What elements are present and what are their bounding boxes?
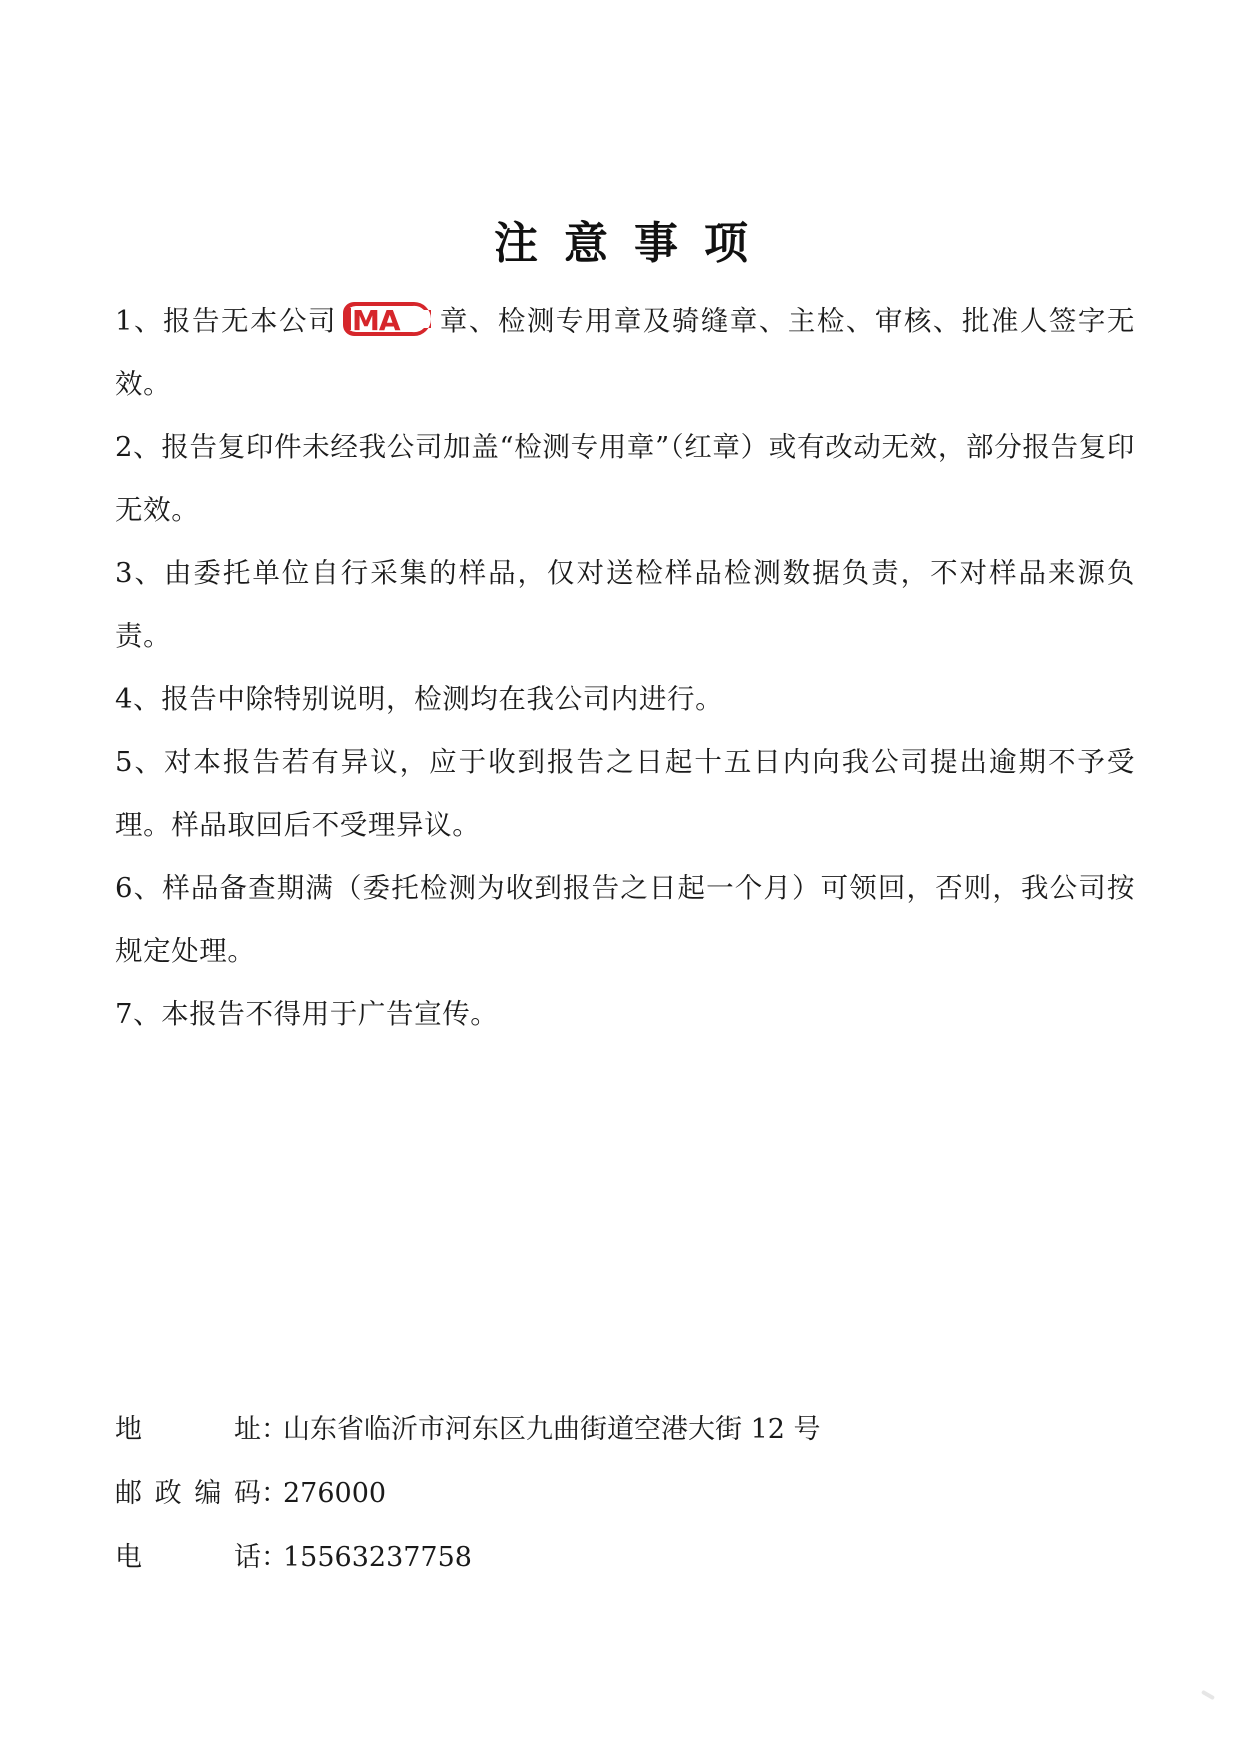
phone-colon: ： (261, 1526, 283, 1590)
address-row: 地址：山东省临沂市河东区九曲街道空港大街 12 号 (115, 1398, 1015, 1462)
note-text: 报告中除特别说明，检测均在我公司内进行。 (161, 683, 723, 715)
postcode-value: 276000 (283, 1462, 386, 1526)
phone-row: 电话：15563237758 (115, 1526, 1015, 1590)
note-text: 对本报告若有异议，应于收到报告之日起十五日内向我公司提出逾期不予受理。样品取回后… (115, 746, 1135, 841)
note-number: 7、 (115, 998, 161, 1030)
note-item-4: 4、报告中除特别说明，检测均在我公司内进行。 (115, 668, 1135, 731)
note-item-1: 1、报告无本公司 MA 章、检测专用章及骑缝章、主检、审核、批准人签字无效。 (115, 290, 1135, 416)
note-number: 4、 (115, 683, 161, 715)
cma-logo-icon: MA (340, 299, 436, 339)
phone-value: 15563237758 (283, 1526, 472, 1590)
contact-info: 地址：山东省临沂市河东区九曲街道空港大街 12 号 邮政编码：276000 电话… (115, 1398, 1015, 1590)
svg-text:MA: MA (352, 304, 401, 337)
note-text: 报告无本公司 (163, 305, 337, 337)
address-colon: ： (261, 1398, 283, 1462)
note-number: 5、 (115, 746, 164, 778)
phone-label: 电话 (115, 1526, 261, 1590)
address-value: 山东省临沂市河东区九曲街道空港大街 12 号 (283, 1398, 821, 1462)
postcode-label: 邮政编码 (115, 1462, 261, 1526)
postcode-colon: ： (261, 1462, 283, 1526)
scan-speck-decoration (1201, 1690, 1215, 1700)
note-item-7: 7、本报告不得用于广告宣传。 (115, 983, 1135, 1046)
note-number: 3、 (115, 557, 164, 589)
note-item-3: 3、由委托单位自行采集的样品，仅对送检样品检测数据负责，不对样品来源负责。 (115, 542, 1135, 668)
notes-list: 1、报告无本公司 MA 章、检测专用章及骑缝章、主检、审核、批准人签字无效。 2… (115, 290, 1135, 1046)
note-item-6: 6、样品备查期满（委托检测为收到报告之日起一个月）可领回，否则，我公司按规定处理… (115, 857, 1135, 983)
note-text: 本报告不得用于广告宣传。 (161, 998, 498, 1030)
note-number: 6、 (115, 872, 162, 904)
note-text: 报告复印件未经我公司加盖“检测专用章”（红章）或有改动无效，部分报告复印无效。 (115, 431, 1135, 526)
note-number: 1、 (115, 305, 163, 337)
address-label: 地址 (115, 1398, 261, 1462)
note-text: 由委托单位自行采集的样品，仅对送检样品检测数据负责，不对样品来源负责。 (115, 557, 1135, 652)
note-text: 样品备查期满（委托检测为收到报告之日起一个月）可领回，否则，我公司按规定处理。 (115, 872, 1135, 967)
note-item-2: 2、报告复印件未经我公司加盖“检测专用章”（红章）或有改动无效，部分报告复印无效… (115, 416, 1135, 542)
note-number: 2、 (115, 431, 161, 463)
page-title: 注意事项 (0, 214, 1242, 274)
postcode-row: 邮政编码：276000 (115, 1462, 1015, 1526)
note-item-5: 5、对本报告若有异议，应于收到报告之日起十五日内向我公司提出逾期不予受理。样品取… (115, 731, 1135, 857)
document-page: 注意事项 1、报告无本公司 MA 章、检测专用章及骑缝章、主检、审核、批准人签字… (0, 0, 1242, 1758)
